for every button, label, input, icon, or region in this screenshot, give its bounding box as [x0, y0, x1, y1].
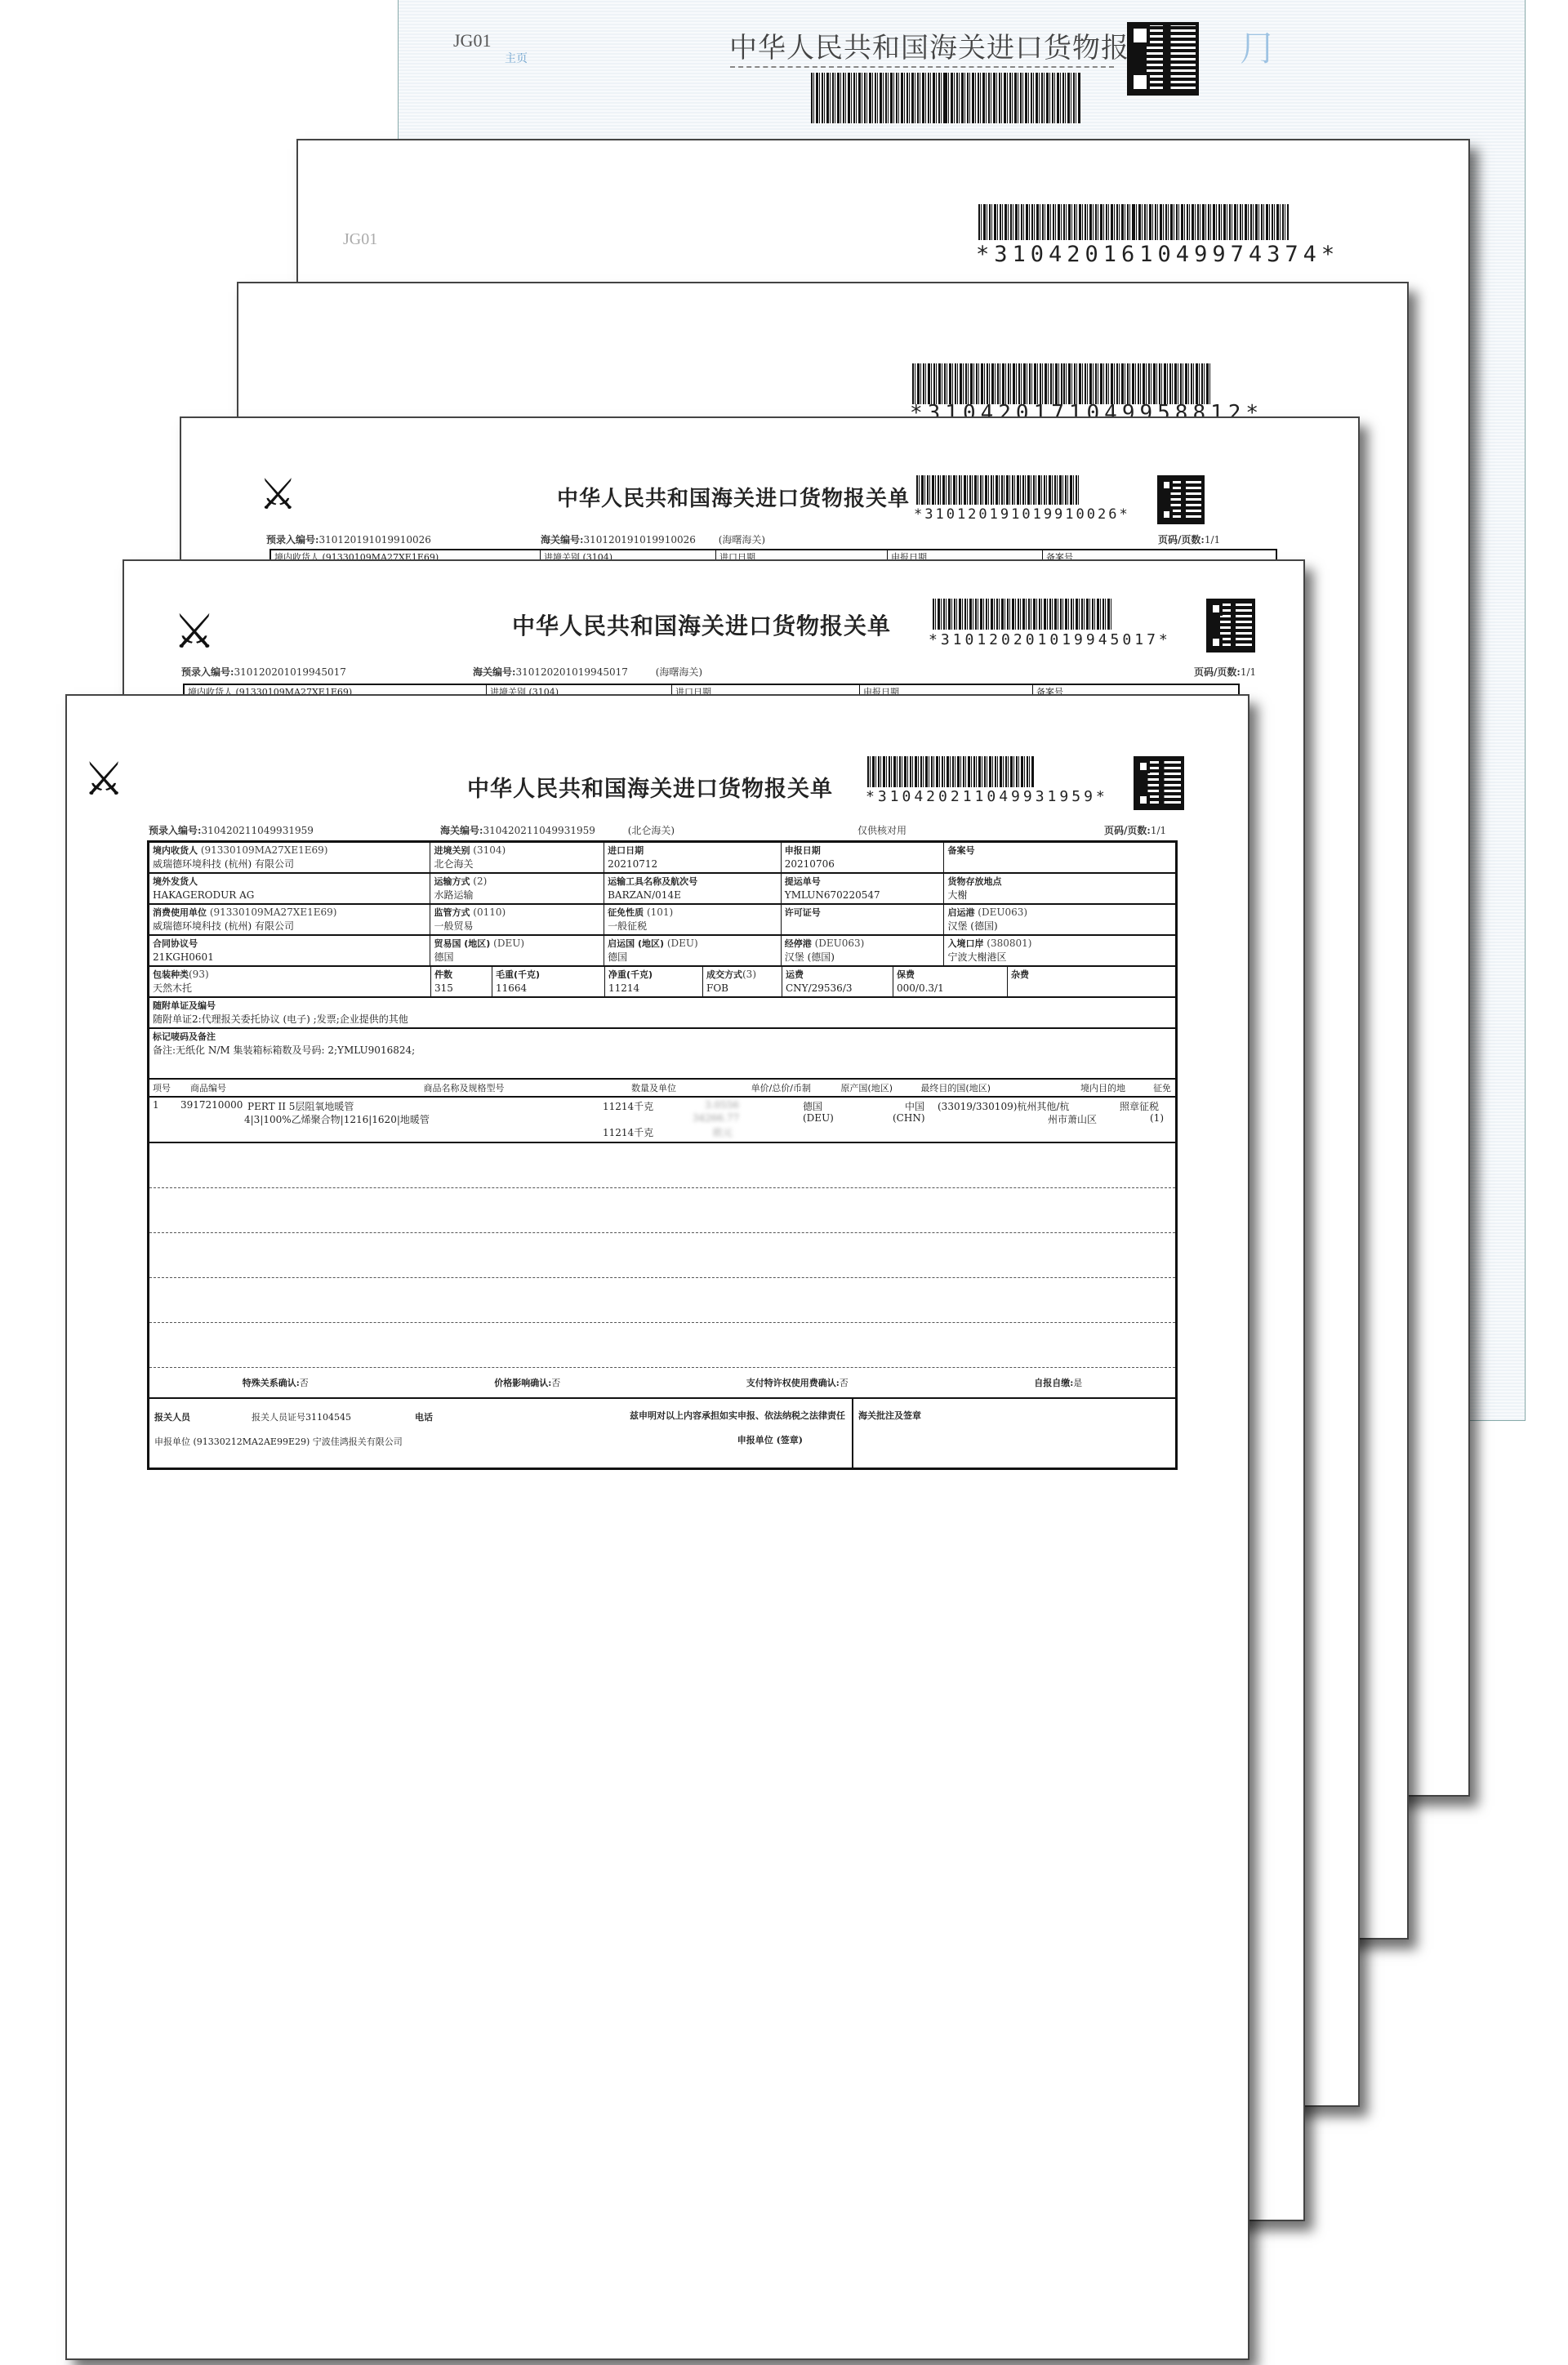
field-cell: 备案号 — [944, 843, 1175, 872]
field-cell: 许可证号 — [782, 905, 945, 934]
footer: 报关人员 报关人员证号31104545 电话 兹申明对以上内容承担如实申报、依法… — [149, 1399, 1175, 1468]
attached-docs-row: 随附单证及编号随附单证2:代理报关委托协议 (电子) ;发票;企业提供的其他 — [149, 998, 1175, 1029]
field-cell: 启运港 (DEU063)汉堡 (德国) — [944, 905, 1175, 934]
handwritten-mark: ⺆ — [1240, 22, 1274, 71]
field-cell: 监管方式 (0110)一般贸易 — [430, 905, 604, 934]
barcode — [933, 599, 1112, 630]
barcode — [1063, 363, 1210, 404]
barcode — [946, 73, 1080, 123]
confirm-self-declare: 自报自缴:是 — [1034, 1376, 1082, 1389]
preentry-number: 预录入编号:310120201019945017 — [181, 665, 346, 679]
barcode — [1134, 204, 1289, 240]
field-cell: 运输方式 (2)水路运输 — [430, 874, 604, 903]
field-cell: 境外发货人 HAKAGERODUR AG — [149, 874, 430, 903]
page-count: 页码/页数:1/1 — [1194, 665, 1256, 679]
barcode — [811, 73, 946, 123]
divider — [730, 66, 1114, 68]
form-code: JG01 — [343, 230, 377, 249]
empty-goods-row — [149, 1188, 1175, 1233]
customs-emblem-icon: ⚔ — [83, 753, 124, 806]
barcode — [867, 756, 1035, 787]
confirm-royalty: 支付特许权使用费确认:否 — [746, 1376, 849, 1389]
field-cell: 合同协议号 21KGH0601 — [149, 936, 430, 965]
page-title: 中华人民共和国海关进口货物报关单 — [512, 608, 891, 641]
page-count: 页码/页数:1/1 — [1104, 823, 1166, 837]
declaration-statement: 兹申明对以上内容承担如实申报、依法纳税之法律责任 — [630, 1409, 845, 1422]
barcode — [978, 204, 1134, 240]
info-row: 消费使用单位 (91330109MA27XE1E69)威瑞德环境科技 (杭州) … — [149, 905, 1175, 936]
field-cell: 货物存放地点 大榭 — [944, 874, 1175, 903]
confirm-price-influence: 价格影响确认:否 — [494, 1376, 560, 1389]
goods-header: 项号 商品编号 商品名称及规格型号 数量及单位 单价/总价/币制 原产国(地区)… — [149, 1078, 1175, 1098]
broker-person-label: 报关人员 — [154, 1410, 190, 1423]
field-cell: 启运国 (地区) (DEU)德国 — [604, 936, 782, 965]
info-row: 境内收货人 (91330109MA27XE1E69)威瑞德环境科技 (杭州) 有… — [149, 843, 1175, 874]
customs-note-label: 海关批注及签章 — [858, 1409, 921, 1422]
preentry-number: 预录入编号:310120191019910026 — [266, 532, 431, 546]
document-page-front: ⚔ 中华人民共和国海关进口货物报关单 *310420211049931959* … — [65, 694, 1249, 2360]
field-cell: 贸易国 (地区) (DEU)德国 — [430, 936, 604, 965]
field-cell: 申报日期 20210706 — [782, 843, 945, 872]
customs-number: 海关编号:310120201019945017 (海曙海关) — [473, 665, 702, 679]
confirmations-row: 特殊关系确认:否 价格影响确认:否 支付特许权使用费确认:否 自报自缴:是 — [149, 1368, 1175, 1399]
declarant-unit: 申报单位 (91330212MA2AE99E29) 宁波佳鸿报关有限公司 — [154, 1435, 403, 1448]
qr-code — [1134, 756, 1184, 810]
empty-goods-row — [149, 1323, 1175, 1368]
field-cell: 提运单号 YMLUN670220547 — [782, 874, 945, 903]
qr-code — [1127, 22, 1199, 96]
field-cell: 入境口岸 (380801)宁波大榭港区 — [944, 936, 1175, 965]
customs-emblem-icon: ⚔ — [173, 603, 216, 659]
field-cell: 进境关别 (3104)北仑海关 — [430, 843, 604, 872]
page-title: 中华人民共和国海关进口货物报关单 — [729, 25, 1187, 65]
packing-row: 包装种类(93)天然木托 件数315 毛重(千克)11664 净重(千克)112… — [149, 967, 1175, 998]
empty-goods-row — [149, 1233, 1175, 1278]
declaration-table: 境内收货人 (91330109MA27XE1E69)威瑞德环境科技 (杭州) 有… — [147, 840, 1178, 1470]
qr-code — [1157, 475, 1205, 524]
empty-goods-row — [149, 1278, 1175, 1323]
field-cell: 征免性质 (101)一般征税 — [604, 905, 782, 934]
field-cell: 运输工具名称及航次号 BARZAN/014E — [604, 874, 782, 903]
barcode-number: *310420211049931959* — [866, 788, 1108, 805]
preentry-number: 预录入编号:310420211049931959 — [149, 823, 314, 837]
page-count: 页码/页数:1/1 — [1158, 532, 1220, 546]
barcode-number: *310120191019910026* — [914, 506, 1130, 523]
qr-code — [1206, 599, 1255, 652]
customs-number: 海关编号:310420211049931959 (北仑海关) — [440, 823, 675, 837]
redacted-currency: 欧元 — [713, 1125, 733, 1139]
page-title: 中华人民共和国海关进口货物报关单 — [467, 771, 833, 803]
field-cell: 境内收货人 (91330109MA27XE1E69)威瑞德环境科技 (杭州) 有… — [149, 843, 430, 872]
watermark-text: 仅供核对用 — [857, 823, 906, 837]
field-cell: 进口日期 20210712 — [604, 843, 782, 872]
marks-row: 标记唛码及备注备注:无纸化 N/M 集装箱标箱数及号码: 2;YMLU90168… — [149, 1029, 1175, 1078]
barcode — [916, 475, 1080, 505]
redacted-total-price: 34266.77 — [693, 1112, 739, 1124]
declarant-seal: 申报单位 (签章) — [737, 1433, 803, 1446]
table-row: 1 3917210000 PERT II 5层阻氧地暖管 4|3|100%乙烯聚… — [149, 1098, 1175, 1143]
redacted-unit-price: 3.0556 — [705, 1099, 739, 1111]
broker-cert: 报关人员证号31104545 — [252, 1410, 351, 1423]
form-code: JG01 — [453, 30, 491, 51]
sub-mark: 主页 — [505, 50, 528, 66]
customs-number: 海关编号:310120191019910026 (海曙海关) — [541, 532, 765, 546]
field-cell: 经停港 (DEU063)汉堡 (德国) — [782, 936, 945, 965]
barcode — [912, 363, 1063, 404]
page-title: 中华人民共和国海关进口货物报关单 — [557, 482, 910, 512]
confirm-special-relationship: 特殊关系确认:否 — [243, 1376, 309, 1389]
customs-emblem-icon: ⚔ — [259, 470, 297, 519]
phone-label: 电话 — [415, 1410, 433, 1423]
barcode-number: *310420161049974374* — [976, 242, 1339, 267]
info-row: 境外发货人 HAKAGERODUR AG运输方式 (2)水路运输运输工具名称及航… — [149, 874, 1175, 905]
barcode-number: *310120201019945017* — [929, 631, 1171, 648]
field-cell: 消费使用单位 (91330109MA27XE1E69)威瑞德环境科技 (杭州) … — [149, 905, 430, 934]
empty-goods-row — [149, 1143, 1175, 1188]
info-row: 合同协议号 21KGH0601贸易国 (地区) (DEU)德国启运国 (地区) … — [149, 936, 1175, 967]
